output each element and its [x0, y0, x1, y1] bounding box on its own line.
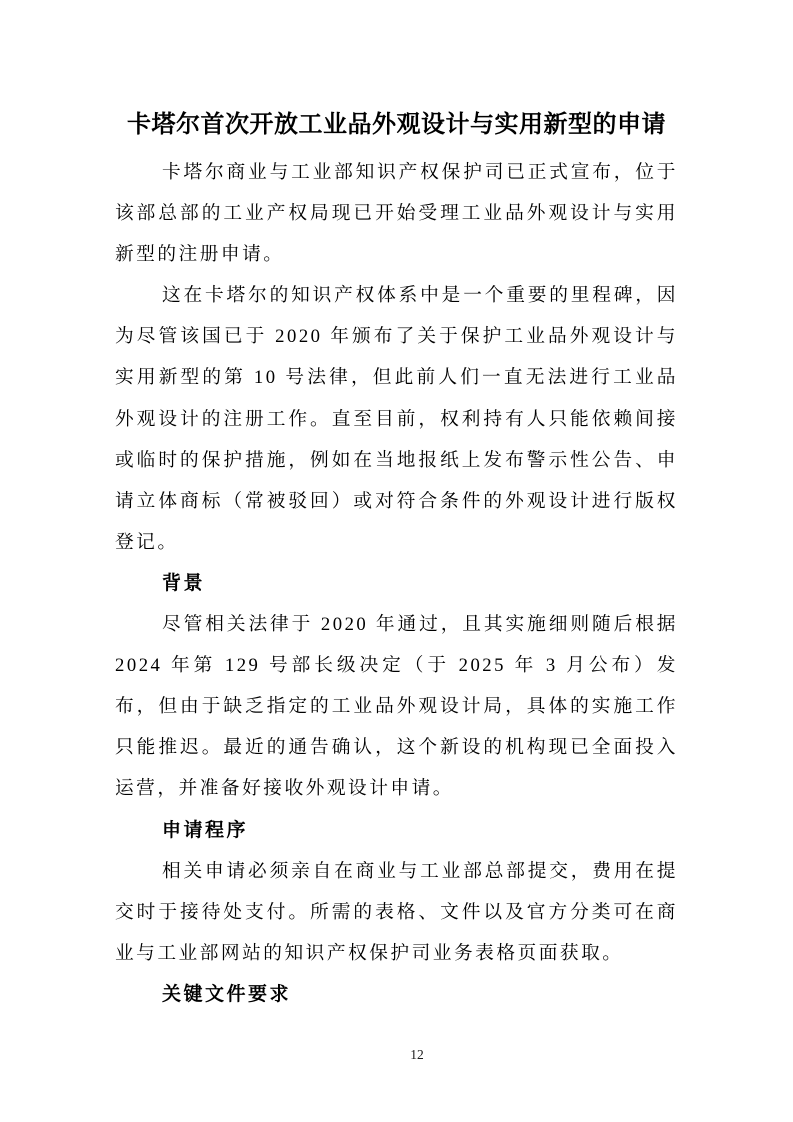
document-page: 卡塔尔首次开放工业品外观设计与实用新型的申请 卡塔尔商业与工业部知识产权保护司已…: [0, 0, 793, 1122]
paragraph-milestone: 这在卡塔尔的知识产权体系中是一个重要的里程碑，因为尽管该国已于 2020 年颁布…: [115, 275, 678, 563]
paragraph-procedure-detail: 相关申请必须亲自在商业与工业部总部提交，费用在提交时于接待处支付。所需的表格、文…: [115, 851, 678, 974]
page-number: 12: [403, 1046, 431, 1064]
paragraph-announcement: 卡塔尔商业与工业部知识产权保护司已正式宣布，位于该部总部的工业产权局现已开始受理…: [115, 152, 678, 275]
section-heading-background: 背景: [115, 563, 678, 604]
paragraph-background-detail: 尽管相关法律于 2020 年通过，且其实施细则随后根据 2024 年第 129 …: [115, 604, 678, 809]
document-title: 卡塔尔首次开放工业品外观设计与实用新型的申请: [115, 104, 678, 146]
section-heading-key-document-requirements: 关键文件要求: [115, 974, 678, 1015]
document-body: 卡塔尔首次开放工业品外观设计与实用新型的申请 卡塔尔商业与工业部知识产权保护司已…: [115, 104, 678, 1015]
section-heading-application-procedure: 申请程序: [115, 810, 678, 851]
